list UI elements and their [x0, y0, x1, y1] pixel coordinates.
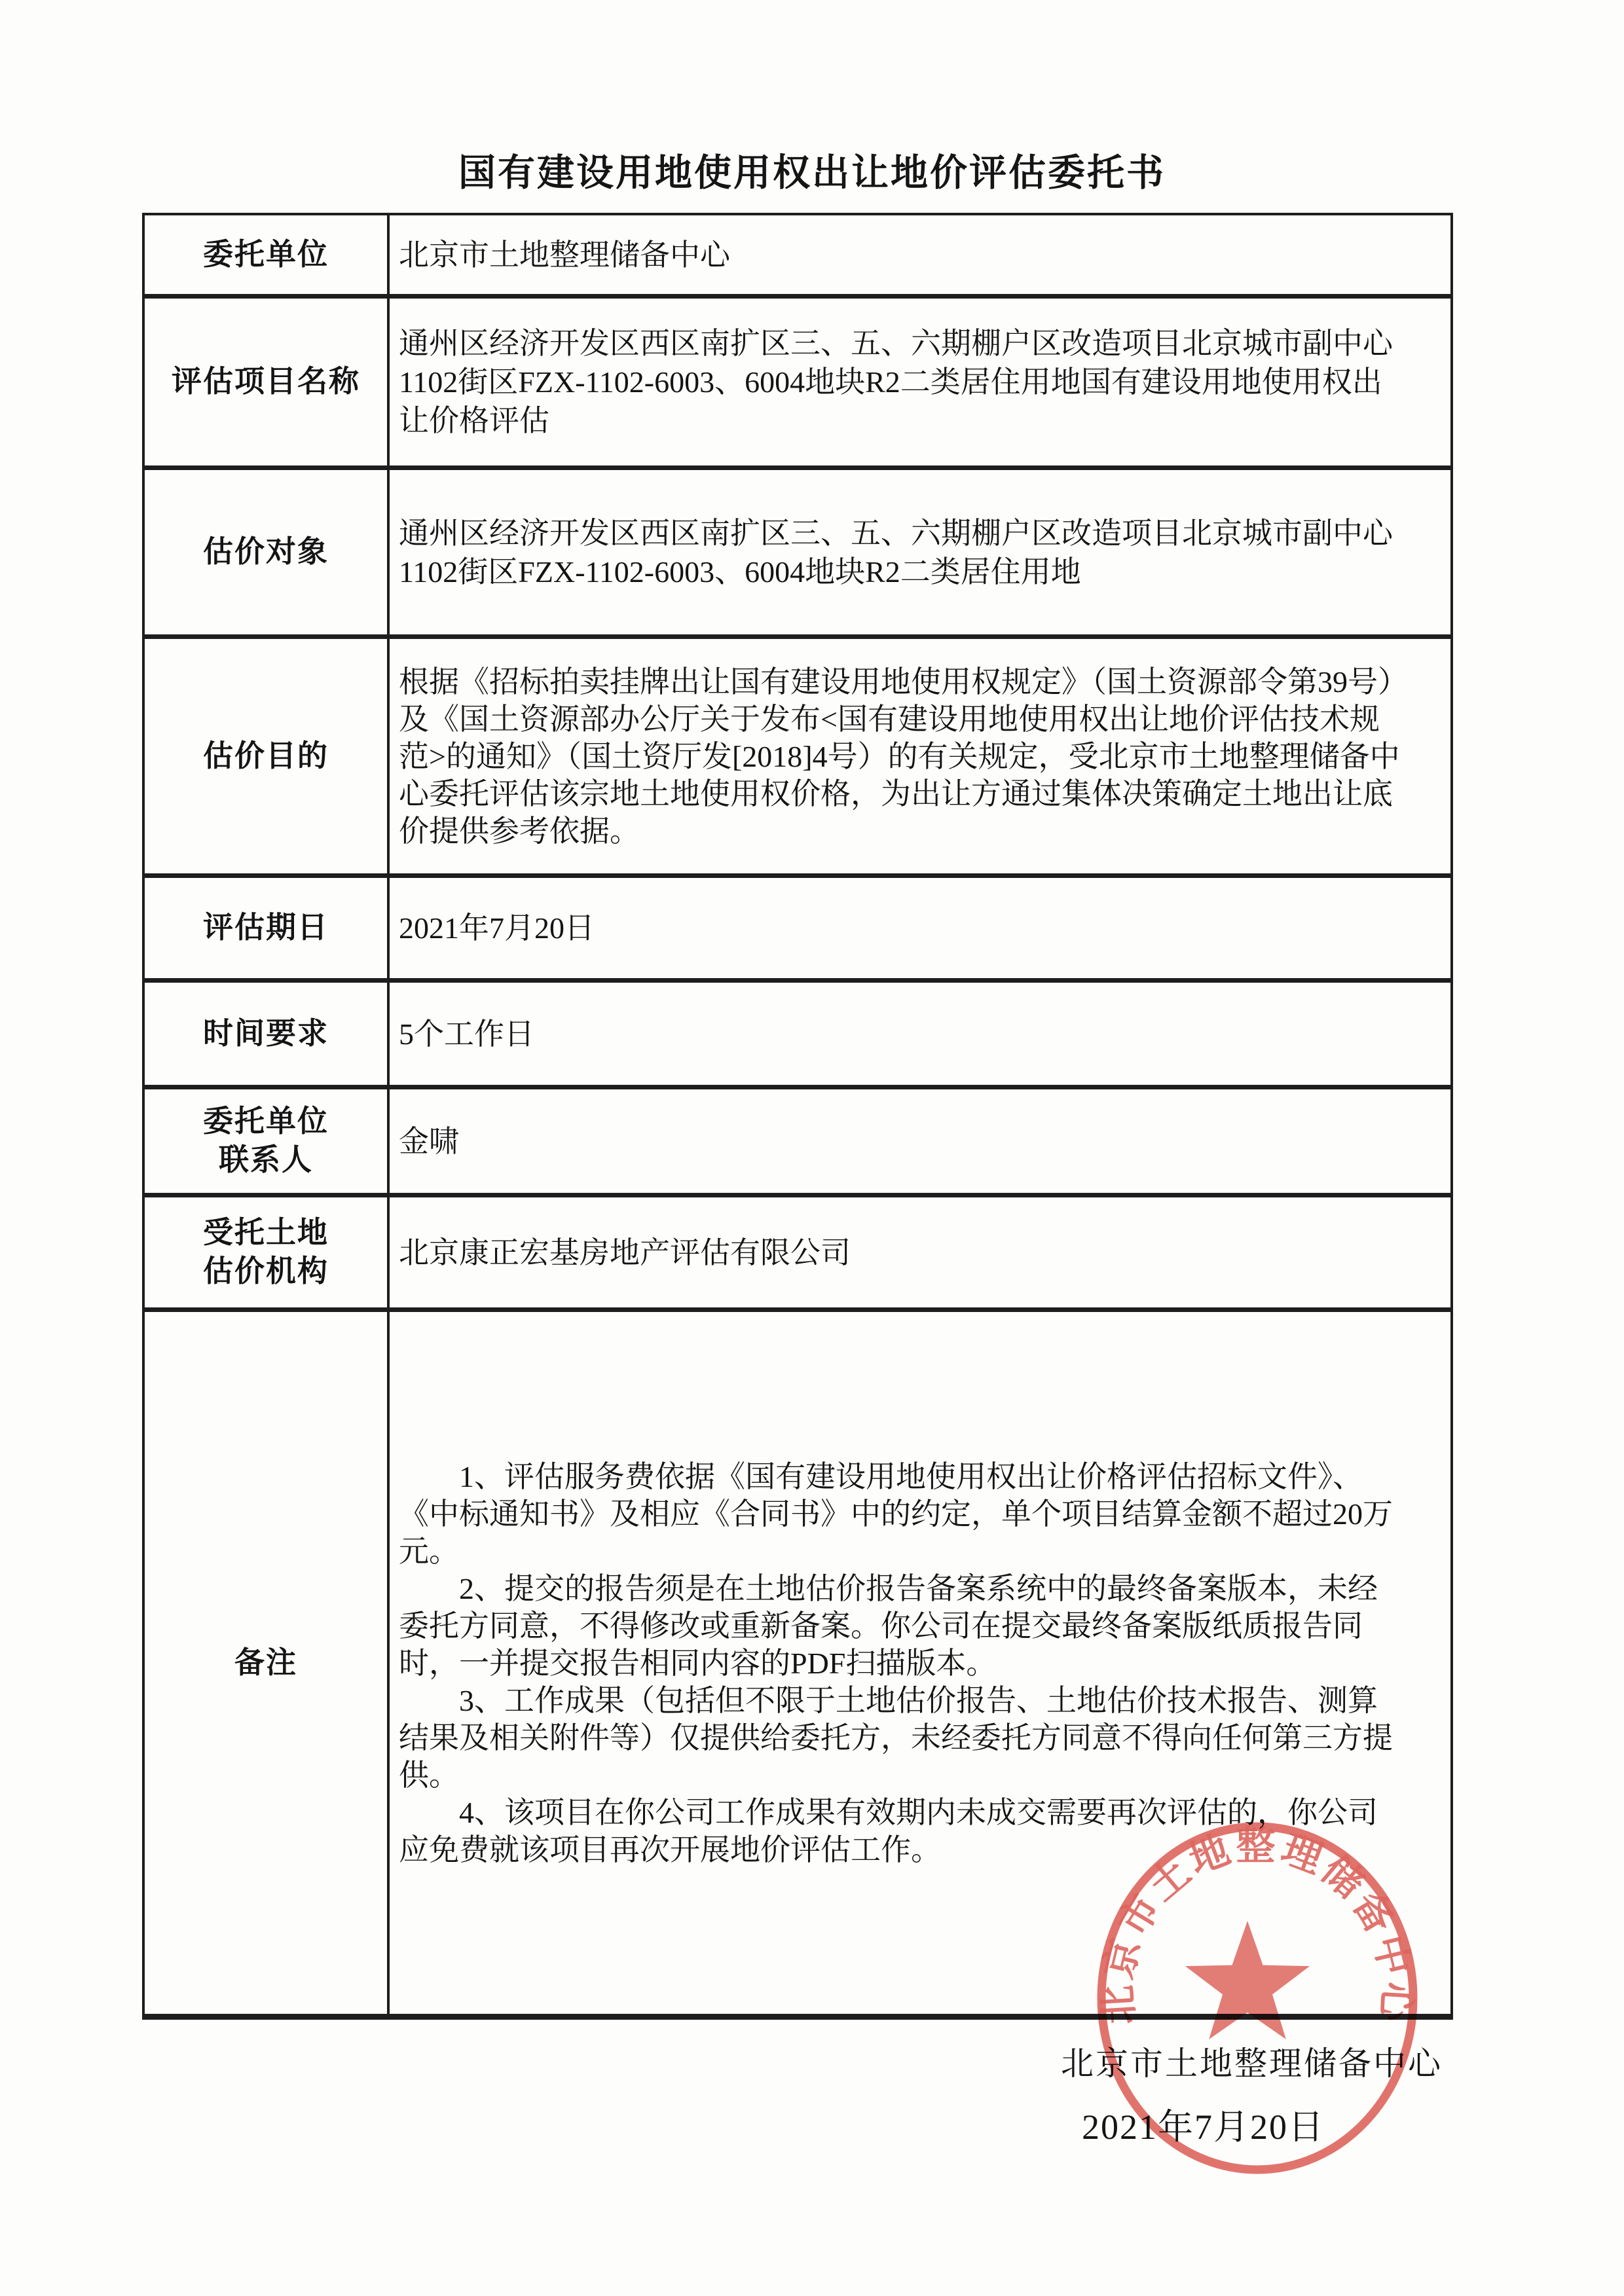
table-row-appraisal-object: 估价对象 通州区经济开发区西区南扩区三、五、六期棚户区改造项目北京城市副中心11… [145, 470, 1450, 639]
table-row-client-contact: 委托单位 联系人 金啸 [145, 1089, 1450, 1197]
row-value: 根据《招标拍卖挂牌出让国有建设用地使用权规定》（国土资源部令第39号）及《国土资… [399, 663, 1405, 850]
row-label-line: 估价机构 [203, 1252, 329, 1291]
table-row-project-name: 评估项目名称 通州区经济开发区西区南扩区三、五、六期棚户区改造项目北京城市副中心… [145, 299, 1450, 470]
value-cell-client-unit: 北京市土地整理储备中心 [390, 215, 1450, 294]
label-cell-valuation-date: 评估期日 [145, 878, 390, 978]
table-row-appraisal-purpose: 估价目的 根据《招标拍卖挂牌出让国有建设用地使用权规定》（国土资源部令第39号）… [145, 639, 1450, 878]
row-label: 时间要求 [203, 1015, 329, 1053]
label-cell-appraisal-agency: 受托土地 估价机构 [145, 1197, 390, 1307]
value-cell-project-name: 通州区经济开发区西区南扩区三、五、六期棚户区改造项目北京城市副中心1102街区F… [390, 299, 1450, 465]
label-cell-appraisal-purpose: 估价目的 [145, 639, 390, 873]
value-cell-appraisal-purpose: 根据《招标拍卖挂牌出让国有建设用地使用权规定》（国土资源部令第39号）及《国土资… [390, 639, 1450, 873]
label-cell-remarks: 备注 [145, 1312, 390, 2014]
row-label: 委托单位 [203, 236, 329, 274]
row-value: 金啸 [399, 1122, 1405, 1161]
signoff-date: 2021年7月20日 [1082, 2099, 1325, 2149]
row-label: 估价目的 [203, 737, 329, 776]
row-label: 备注 [234, 1644, 297, 1683]
value-cell-client-contact: 金啸 [390, 1089, 1450, 1193]
row-value: 2021年7月20日 [399, 909, 1405, 947]
remark-item: 2、提交的报告须是在土地估价报告备案系统中的最终备案版本，未经委托方同意，不得修… [399, 1570, 1398, 1682]
value-cell-remarks: 1、评估服务费依据《国有建设用地使用权出让价格评估招标文件》、《中标通知书》及相… [390, 1312, 1450, 2014]
remark-item: 3、工作成果（包括但不限于土地估价报告、土地估价技术报告、测算结果及相关附件等）… [399, 1682, 1398, 1794]
label-cell-project-name: 评估项目名称 [145, 299, 390, 465]
table-row-valuation-date: 评估期日 2021年7月20日 [145, 878, 1450, 983]
table-row-appraisal-agency: 受托土地 估价机构 北京康正宏基房地产评估有限公司 [145, 1197, 1450, 1312]
row-label-line: 委托单位 [203, 1102, 329, 1141]
document-title: 国有建设用地使用权出让地价评估委托书 [0, 143, 1624, 196]
row-label: 评估期日 [203, 909, 329, 947]
value-cell-valuation-date: 2021年7月20日 [390, 878, 1450, 978]
label-cell-appraisal-object: 估价对象 [145, 470, 390, 634]
row-label: 评估项目名称 [172, 363, 360, 401]
row-label-line: 受托土地 [203, 1214, 329, 1252]
row-value: 通州区经济开发区西区南扩区三、五、六期棚户区改造项目北京城市副中心1102街区F… [399, 324, 1405, 440]
row-label: 估价对象 [203, 533, 329, 572]
table-row-time-requirement: 时间要求 5个工作日 [145, 983, 1450, 1089]
row-value: 通州区经济开发区西区南扩区三、五、六期棚户区改造项目北京城市副中心1102街区F… [399, 514, 1405, 591]
value-cell-time-requirement: 5个工作日 [390, 983, 1450, 1085]
table-row-remarks: 备注 1、评估服务费依据《国有建设用地使用权出让价格评估招标文件》、《中标通知书… [145, 1312, 1450, 2014]
remark-item: 4、该项目在你公司工作成果有效期内未成交需要再次评估的，你公司应免费就该项目再次… [399, 1794, 1398, 1868]
signoff-organization: 北京市土地整理储备中心 [1061, 2037, 1443, 2085]
row-value: 北京康正宏基房地产评估有限公司 [399, 1233, 1405, 1272]
commission-table: 委托单位 北京市土地整理储备中心 评估项目名称 通州区经济开发区西区南扩区三、五… [142, 213, 1453, 2020]
remark-item: 1、评估服务费依据《国有建设用地使用权出让价格评估招标文件》、《中标通知书》及相… [399, 1458, 1398, 1570]
label-cell-client-unit: 委托单位 [145, 215, 390, 294]
value-cell-appraisal-object: 通州区经济开发区西区南扩区三、五、六期棚户区改造项目北京城市副中心1102街区F… [390, 470, 1450, 634]
document-page: 国有建设用地使用权出让地价评估委托书 委托单位 北京市土地整理储备中心 评估项目… [0, 0, 1624, 2296]
value-cell-appraisal-agency: 北京康正宏基房地产评估有限公司 [390, 1197, 1450, 1307]
table-row-client-unit: 委托单位 北京市土地整理储备中心 [145, 215, 1450, 299]
row-value: 5个工作日 [399, 1015, 1405, 1053]
row-value: 北京市土地整理储备中心 [399, 236, 1405, 274]
label-cell-time-requirement: 时间要求 [145, 983, 390, 1085]
label-cell-client-contact: 委托单位 联系人 [145, 1089, 390, 1193]
row-label-line: 联系人 [219, 1141, 313, 1180]
